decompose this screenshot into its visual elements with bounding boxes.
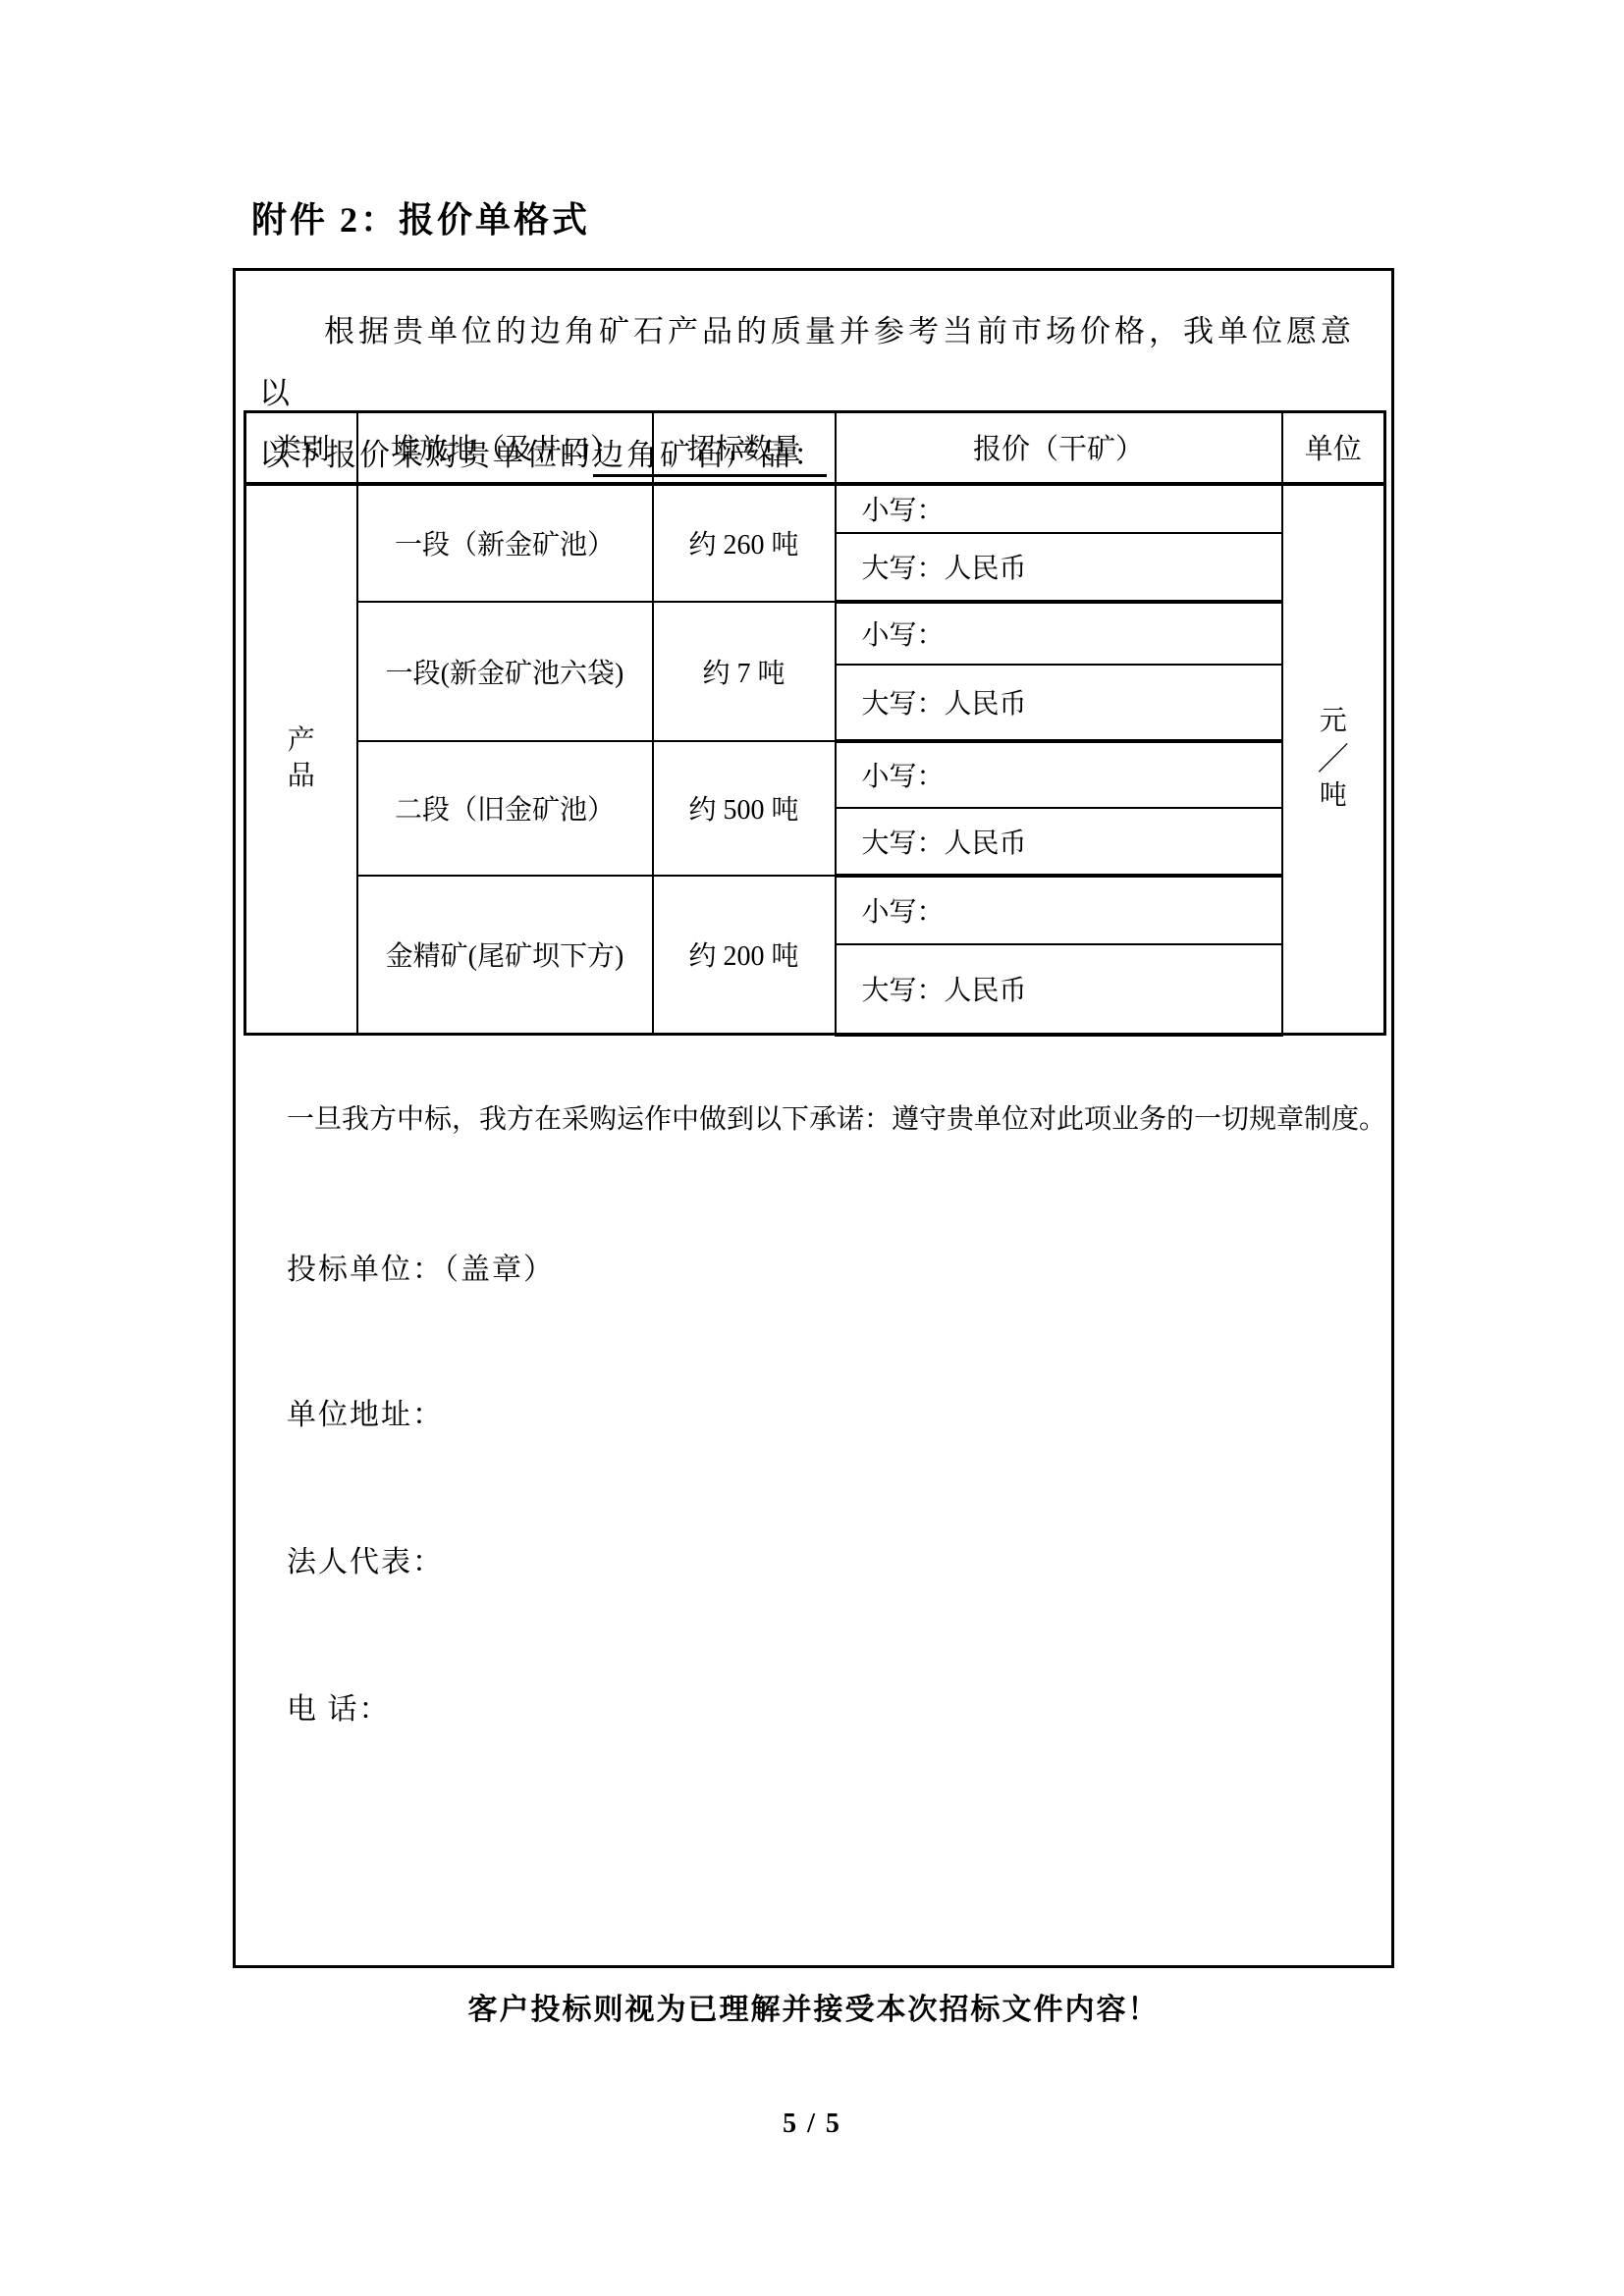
price-small-cell: 小写： bbox=[836, 484, 1282, 533]
bidder-label: 投标单位：（盖章） bbox=[287, 1245, 555, 1288]
header-quantity: 招标数量 bbox=[653, 412, 836, 484]
category-char-1: 产 bbox=[246, 723, 356, 759]
quantity-cell: 约 200 吨 bbox=[653, 876, 836, 1035]
quote-table: 类别 堆放地（及井口） 招标数量 报价（干矿） 单位 产 品 一段（新金矿池） … bbox=[244, 410, 1386, 1037]
price-small-cell: 小写： bbox=[836, 876, 1282, 944]
header-location: 堆放地（及井口） bbox=[357, 412, 653, 484]
footer-note: 客户投标则视为已理解并接受本次招标文件内容！ bbox=[233, 1985, 1394, 2028]
form-border-box: 根据贵单位的边角矿石产品的质量并参考当前市场价格，我单位愿意以 以下报价采购贵单… bbox=[233, 268, 1394, 1968]
unit-char-1: 元 bbox=[1283, 704, 1384, 739]
table-row: 二段（旧金矿池） 约 500 吨 小写： bbox=[245, 741, 1385, 808]
intro-line-1: 根据贵单位的边角矿石产品的质量并参考当前市场价格，我单位愿意以 bbox=[259, 300, 1374, 424]
page-number: 5 / 5 bbox=[0, 2109, 1624, 2140]
quantity-cell: 约 500 吨 bbox=[653, 741, 836, 876]
table-row: 一段(新金矿池六袋) 约 7 吨 小写： bbox=[245, 602, 1385, 665]
location-cell: 一段（新金矿池） bbox=[357, 484, 653, 602]
header-category: 类别 bbox=[245, 412, 357, 484]
unit-slash: ／ bbox=[1283, 739, 1384, 778]
header-unit: 单位 bbox=[1282, 412, 1385, 484]
unit-cell: 元 ／ 吨 bbox=[1282, 484, 1385, 1035]
location-cell: 二段（旧金矿池） bbox=[357, 741, 653, 876]
price-small-cell: 小写： bbox=[836, 741, 1282, 808]
phone-label: 电 话： bbox=[287, 1684, 391, 1728]
address-label: 单位地址： bbox=[287, 1390, 444, 1433]
price-big-cell: 大写：人民币 bbox=[836, 808, 1282, 876]
quantity-cell: 约 260 吨 bbox=[653, 484, 836, 602]
price-big-cell: 大写：人民币 bbox=[836, 665, 1282, 741]
unit-char-2: 吨 bbox=[1283, 778, 1384, 814]
legal-rep-label: 法人代表： bbox=[287, 1537, 444, 1580]
table-header-row: 类别 堆放地（及井口） 招标数量 报价（干矿） 单位 bbox=[245, 412, 1385, 484]
price-big-cell: 大写：人民币 bbox=[836, 533, 1282, 602]
header-price: 报价（干矿） bbox=[836, 412, 1282, 484]
location-cell: 一段(新金矿池六袋) bbox=[357, 602, 653, 741]
table-row: 产 品 一段（新金矿池） 约 260 吨 小写： 元 ／ 吨 bbox=[245, 484, 1385, 533]
table-row: 金精矿(尾矿坝下方) 约 200 吨 小写： bbox=[245, 876, 1385, 944]
price-big-cell: 大写：人民币 bbox=[836, 944, 1282, 1035]
document-title: 附件 2：报价单格式 bbox=[251, 192, 590, 242]
location-cell: 金精矿(尾矿坝下方) bbox=[357, 876, 653, 1035]
price-small-cell: 小写： bbox=[836, 602, 1282, 665]
commitment-text: 一旦我方中标，我方在采购运作中做到以下承诺：遵守贵单位对此项业务的一切规章制度。 bbox=[287, 1097, 1386, 1137]
category-cell: 产 品 bbox=[245, 484, 357, 1035]
quantity-cell: 约 7 吨 bbox=[653, 602, 836, 741]
category-char-2: 品 bbox=[246, 759, 356, 794]
